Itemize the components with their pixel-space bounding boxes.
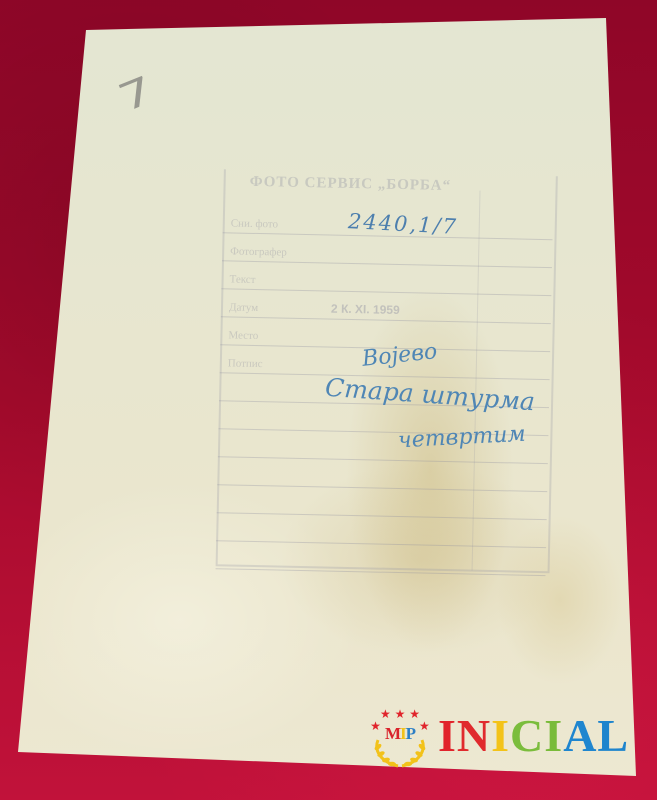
wordmark-letter: A bbox=[563, 710, 597, 761]
wordmark-letter: C bbox=[510, 710, 544, 761]
stamp-label: Место bbox=[228, 329, 258, 342]
mip-emblem: ★ ★ ★ ★ ★ MIP bbox=[368, 708, 432, 768]
stamp-label: Датум bbox=[229, 301, 258, 314]
wordmark-letter: I bbox=[438, 710, 457, 761]
wordmark-letter: I bbox=[491, 710, 510, 761]
stamp-label: Текст bbox=[229, 273, 255, 286]
inicial-watermark-logo: ★ ★ ★ ★ ★ MIP INICIAL bbox=[368, 708, 638, 768]
stamp-label: Потпис bbox=[228, 357, 263, 370]
inicial-wordmark: INICIAL bbox=[438, 710, 629, 762]
wordmark-letter: I bbox=[544, 710, 563, 761]
wordmark-letter: N bbox=[457, 710, 491, 761]
stamp-date-value: 2 К. XI. 1959 bbox=[331, 302, 400, 317]
stamp-label: Фотографер bbox=[230, 245, 287, 258]
laurel-wreath-icon bbox=[372, 738, 428, 768]
stamp-label: Сни. фото bbox=[231, 217, 279, 230]
wordmark-letter: L bbox=[597, 710, 629, 761]
